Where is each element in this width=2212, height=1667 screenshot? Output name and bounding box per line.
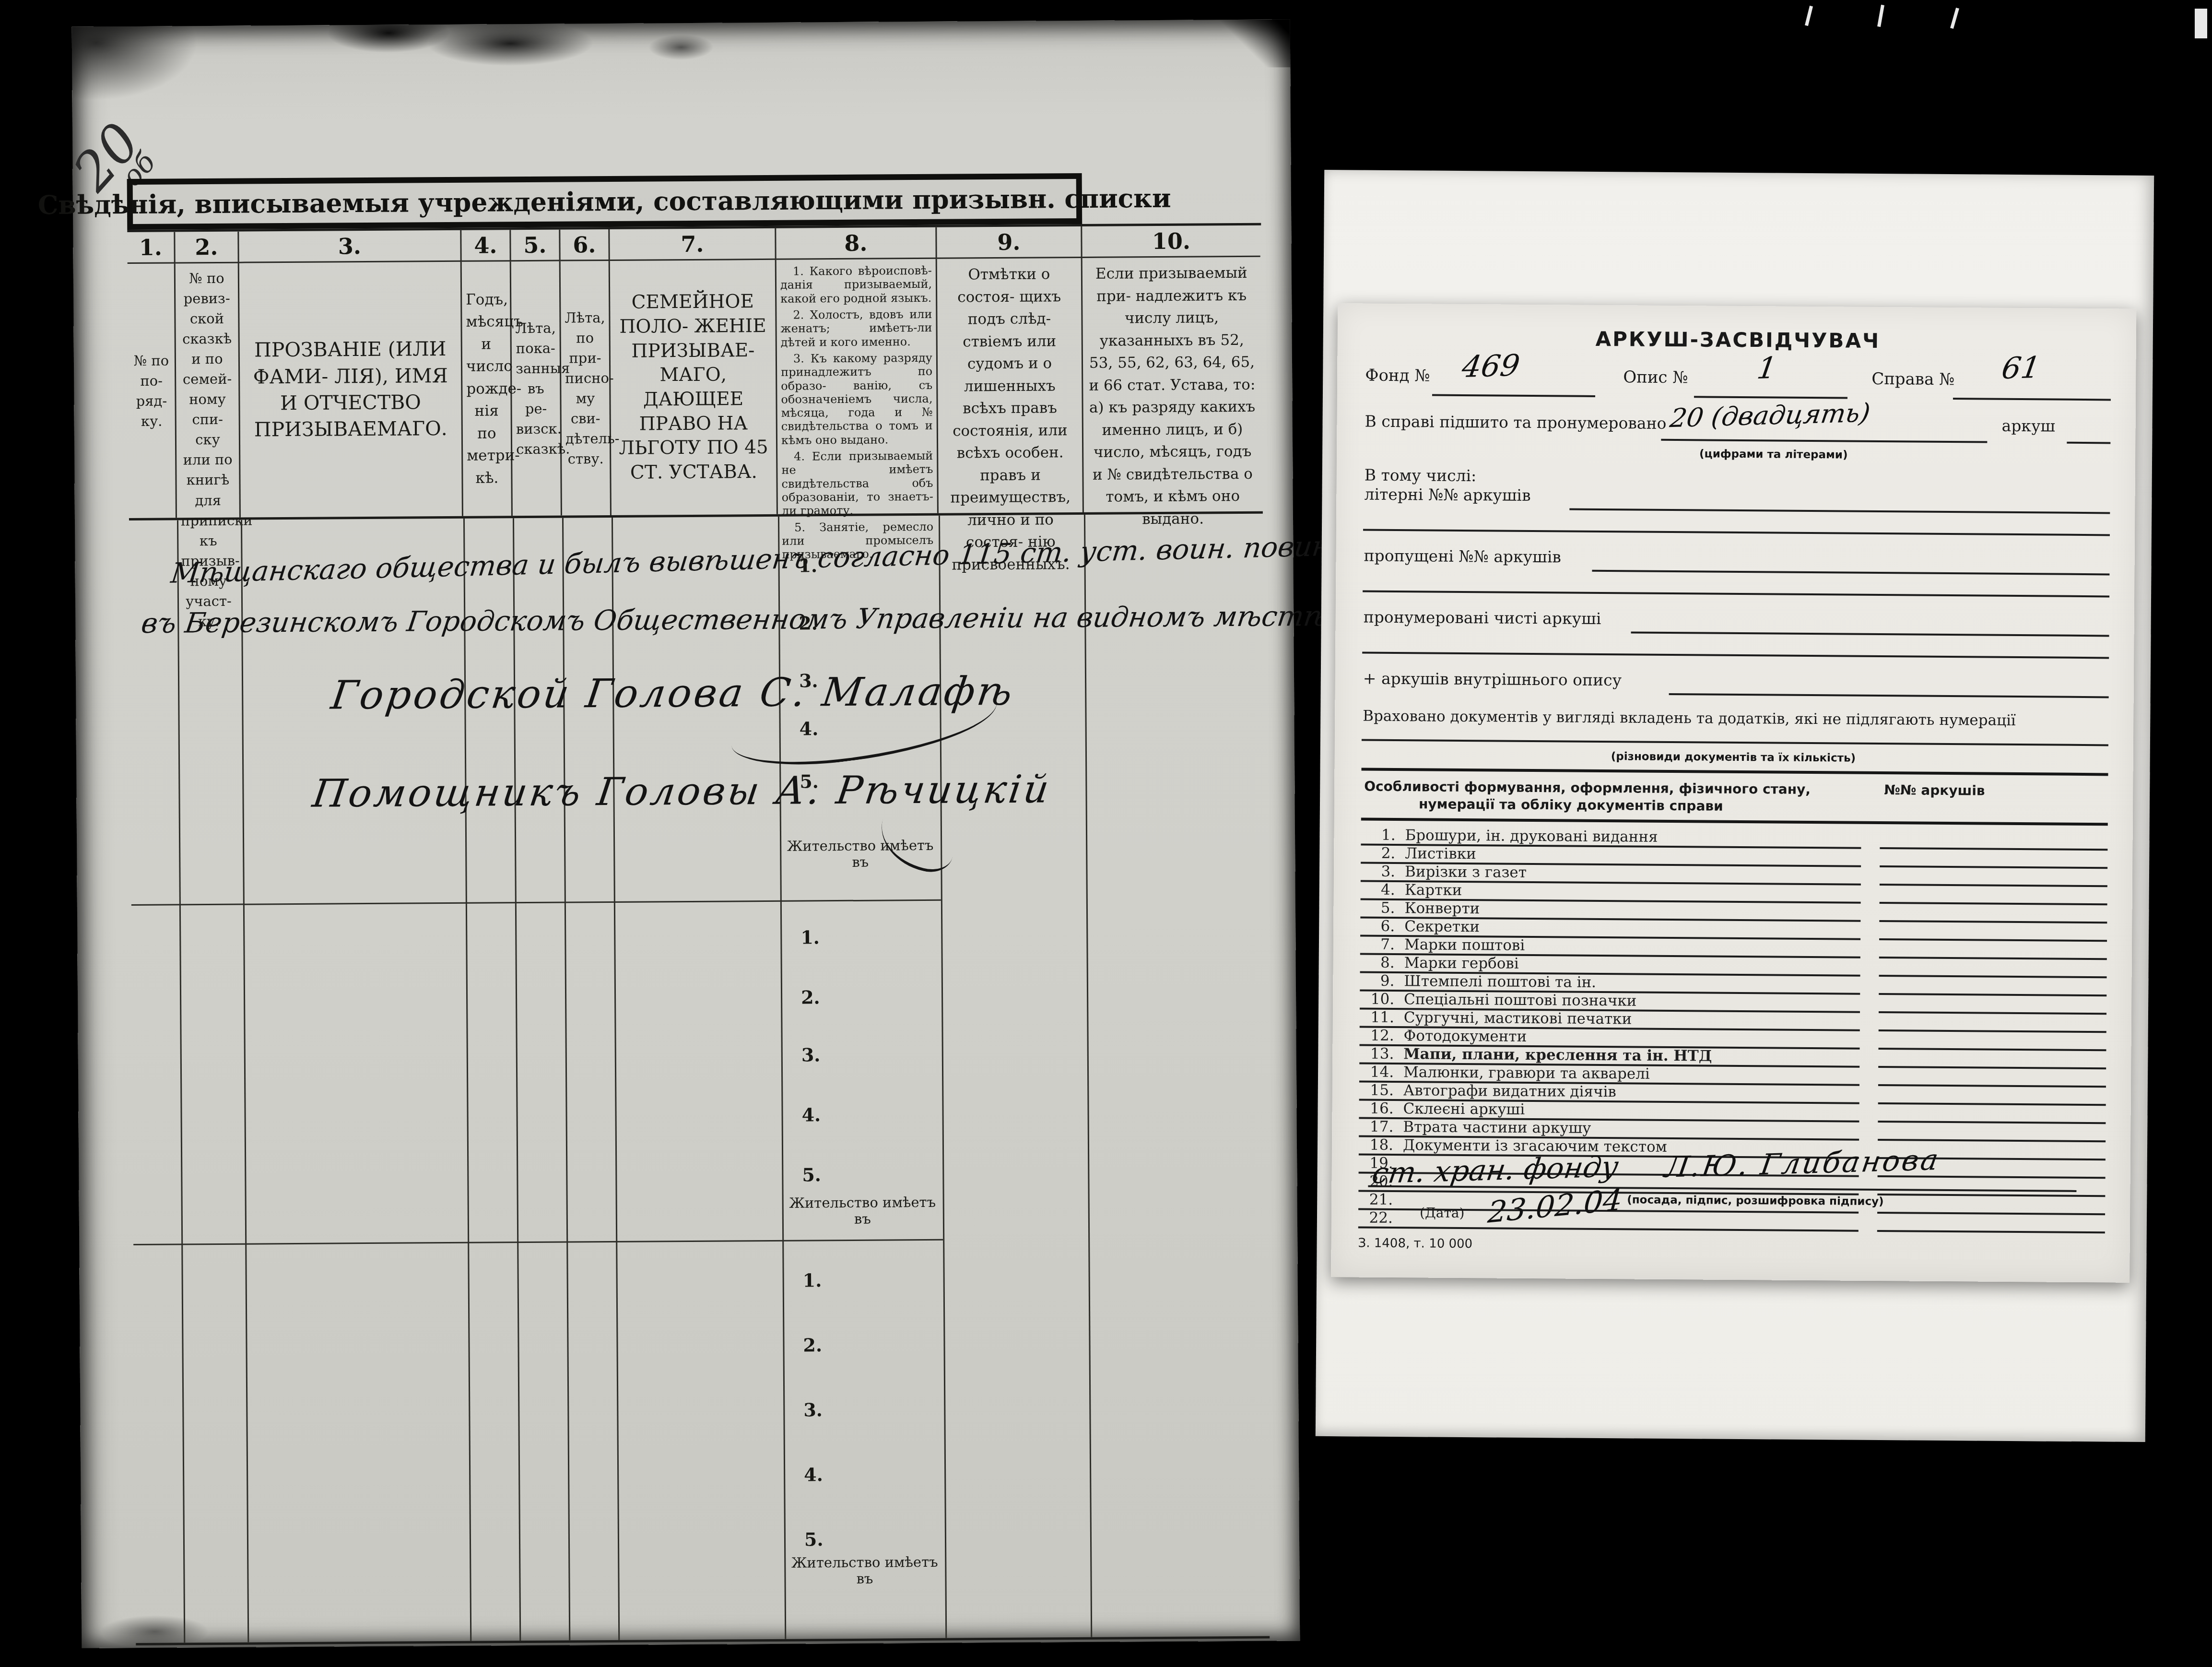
item-line: [1877, 1212, 2105, 1215]
item-line: [1879, 920, 2107, 923]
row-number: 2.: [799, 612, 818, 634]
item-label: Штемпелі поштові та ін.: [1404, 972, 1596, 991]
row-number: 1.: [803, 1269, 822, 1291]
item-number: 11.: [1364, 1009, 1394, 1026]
items-header-right: №№ аркушів: [1884, 782, 1985, 798]
item-number: 13.: [1363, 1045, 1394, 1063]
item-line: [1877, 1230, 2105, 1233]
item-line: [1878, 1139, 2106, 1142]
item-label: Фотодокументи: [1404, 1027, 1527, 1045]
item-line: [1879, 975, 2107, 978]
opys-value-handwritten: 1: [1755, 350, 1779, 386]
item-number: 2.: [1365, 845, 1395, 862]
numbered-label: В справі підшито та пронумеровано: [1365, 412, 1666, 433]
including-label: В тому числі:: [1365, 466, 1477, 485]
blank-numbered-line: [1631, 631, 2109, 637]
item-label: Малюнки, гравюри та акварелі: [1403, 1064, 1650, 1083]
numbered-note: (цифрами та літерами): [1699, 448, 1848, 461]
col8-item: 2. Холостъ, вдовъ или женатъ; имѣетъ-ли …: [780, 307, 932, 349]
row-number: 1.: [800, 926, 820, 948]
table-title-box: Свѣдѣнія, вписываемыя учрежденіями, сост…: [127, 173, 1082, 230]
row-number: 3.: [803, 1399, 823, 1420]
item-number: 14.: [1363, 1064, 1394, 1081]
numbered-suffix: аркуш: [2001, 416, 2055, 436]
item-line: [1879, 993, 2106, 996]
custodian-signature: Л.Ю. Глибанова: [1662, 1143, 1942, 1184]
col-number: 10.: [1082, 225, 1260, 258]
row-number: 1.: [798, 555, 817, 576]
counted-note: (різновиди документів та їх кількість): [1611, 750, 1856, 765]
item-row: 3.Вирізки з газет: [1361, 866, 2107, 887]
row-number: 4.: [804, 1464, 823, 1485]
lettered-line: [1569, 508, 2110, 514]
col-header-4: Годъ, мѣсяцъ и число рожде- нія по метри…: [462, 261, 513, 516]
row-number: 3.: [799, 670, 818, 691]
col-header-5: Лѣта, пока- занныя въ ре- визск. сказкѣ.: [511, 261, 562, 516]
row-number: 4.: [801, 1104, 821, 1125]
blank-line: [1362, 652, 2109, 659]
item-label: Склеєні аркуші: [1403, 1100, 1525, 1118]
column-line: [1084, 515, 1092, 1637]
item-label: Листівки: [1405, 845, 1476, 863]
table-rule: [1361, 768, 2108, 776]
col-header-7: СЕМЕЙНОЕ ПОЛО- ЖЕНІЕ ПРИЗЫВАЕ- МАГО, ДАЮ…: [610, 260, 778, 515]
handwritten-line-2: въ Березинскомъ Городскомъ Общественномъ…: [140, 600, 1348, 639]
blank-line: [1363, 591, 2109, 598]
item-label: Секретки: [1404, 918, 1480, 935]
fond-label: Фонд №: [1365, 366, 1430, 386]
conscription-table: Свѣдѣнія, вписываемыя учрежденіями, сост…: [127, 172, 1270, 1645]
col8-item: 1. Какого вѣроисповѣ- данія призываемый,…: [780, 264, 932, 306]
col-number: 5.: [511, 230, 560, 262]
column-line: [177, 520, 185, 1643]
item-label: Вирізки з газет: [1405, 863, 1527, 881]
film-scratch-icon: [1805, 6, 1813, 26]
item-number: 7.: [1364, 936, 1395, 953]
item-label: Картки: [1405, 881, 1462, 899]
col-number: 2.: [175, 232, 239, 264]
item-line: [1879, 1011, 2106, 1015]
table-body: Мѣщанскаго общества и былъ вывѣшенъ согл…: [129, 514, 1270, 1645]
numbered-line: [1661, 439, 1987, 443]
item-number: 8.: [1364, 954, 1395, 971]
col-number: 7.: [610, 228, 776, 261]
item-number: 22.: [1362, 1209, 1393, 1227]
item-line: [1877, 1194, 2105, 1197]
item-line: [1879, 1029, 2106, 1033]
item-number: 16.: [1363, 1100, 1393, 1117]
item-label: Автографи видатних діячів: [1403, 1082, 1616, 1100]
photo-of-archival-documents: 20 об Свѣдѣнія, вписываемыя учрежденіями…: [0, 0, 2212, 1667]
internal-inventory-line: [1669, 693, 2109, 698]
item-number: 3.: [1365, 863, 1395, 880]
print-order-note: З. 1408, т. 10 000: [1358, 1236, 1473, 1251]
item-line: [1880, 884, 2107, 887]
item-number: 12.: [1364, 1027, 1394, 1044]
counted-label: Враховано документів у вигляді вкладень …: [1363, 708, 2016, 730]
items-header-left-2: нумерації та обліку документів справи: [1419, 796, 1723, 814]
item-line: [1879, 957, 2107, 960]
row-separator: [131, 899, 941, 906]
item-line: [1879, 938, 2107, 942]
position-note: (посада, підпис, розшифровка підпису): [1627, 1194, 1884, 1208]
blank-numbered-label: пронумеровані чисті аркуші: [1364, 608, 1601, 628]
item-number: 18.: [1363, 1136, 1393, 1154]
table-header: 1. 2. 3. 4. 5. 6. 7. 8. 9. 10. № по по- …: [127, 223, 1263, 520]
col-number: 6.: [560, 229, 610, 261]
col8-item: 3. Къ какому разряду принадлежитъ по обр…: [781, 351, 933, 447]
col-header-10: Если призываемый при- надлежитъ къ числу…: [1082, 257, 1262, 512]
item-label: Марки поштові: [1404, 936, 1525, 954]
column-line: [241, 520, 249, 1643]
col-number: 4.: [461, 230, 511, 262]
item-line: [1880, 865, 2107, 869]
item-line: [1880, 902, 2107, 905]
item-number: 9.: [1364, 972, 1394, 990]
item-number: 15.: [1363, 1082, 1394, 1099]
item-line: [1878, 1066, 2106, 1069]
row-number: 5.: [804, 1528, 824, 1550]
custodian-handwritten: ст. хран. фонду: [1370, 1150, 1621, 1190]
lettered-label: літерні №№ аркушів: [1364, 485, 1530, 505]
col-number: 9.: [937, 226, 1082, 259]
item-number: 21.: [1362, 1191, 1393, 1208]
item-label: Брошури, ін. друковані видання: [1405, 827, 1658, 846]
missed-line: [1592, 570, 2109, 576]
residence-label: Жительство имѣетъ въ: [780, 837, 941, 871]
col-header-3: ПРОЗВАНІЕ (ИЛИ ФАМИ- ЛІЯ), ИМЯ И ОТЧЕСТВ…: [239, 262, 463, 518]
right-document-stack: АРКУШ-ЗАСВІДЧУВАЧ Фонд № 469 Опис № 1 Сп…: [1310, 170, 2167, 1442]
residence-label: Жительство имѣетъ въ: [782, 1194, 943, 1228]
date-label: (Дата): [1420, 1205, 1465, 1221]
film-notch-icon: [2195, 9, 2207, 38]
row-number: 5.: [800, 770, 819, 792]
row-separator: [133, 1239, 943, 1245]
internal-inventory-label: + аркушів внутрішнього опису: [1363, 669, 1622, 690]
col-header-8: 1. Какого вѣроисповѣ- данія призываемый,…: [777, 259, 939, 514]
item-row: 22.: [1358, 1212, 2105, 1233]
row-number: 4.: [800, 718, 819, 739]
item-label: Сургучні, мастикові печатки: [1404, 1009, 1632, 1028]
col-header-6: Лѣта, по при- писно- му сви- дѣтель- ств…: [561, 261, 612, 516]
item-label: Марки гербові: [1404, 954, 1519, 972]
item-number: 10.: [1364, 991, 1394, 1008]
missed-label: пропущені №№ аркушів: [1364, 546, 1561, 567]
film-scratch-icon: [1877, 5, 1884, 27]
torn-corner: [1218, 19, 1291, 68]
item-number: 6.: [1364, 918, 1395, 935]
row-number: 3.: [801, 1044, 821, 1065]
items-header-left-1: Особливості формування, оформлення, фізи…: [1364, 779, 1811, 797]
handwritten-line-1: Мѣщанскаго общества и былъ вывѣшенъ согл…: [169, 529, 1341, 589]
col-number: 1.: [127, 232, 175, 264]
fond-value-handwritten: 469: [1460, 348, 1522, 384]
certification-sheet: АРКУШ-ЗАСВІДЧУВАЧ Фонд № 469 Опис № 1 Сп…: [1331, 303, 2136, 1283]
fond-line: [1432, 394, 1595, 397]
row-number: 2.: [801, 986, 820, 1008]
left-document-sheet: 20 об Свѣдѣнія, вписываемыя учрежденіями…: [72, 19, 1300, 1648]
item-number: 4.: [1365, 881, 1395, 899]
item-number: 17.: [1363, 1118, 1393, 1135]
handwritten-signature-2: Помощникъ Головы А. Рѣчицкій: [310, 767, 1054, 816]
col-header-9: Отмѣтки о состоя- щихъ подъ слѣд- ствіем…: [937, 258, 1084, 513]
item-line: [1878, 1084, 2106, 1088]
item-line: [1879, 1048, 2106, 1051]
opys-label: Опис №: [1623, 367, 1688, 387]
film-scratch-icon: [1950, 8, 1959, 29]
col-number: 3.: [239, 230, 461, 263]
row-number: 5.: [802, 1164, 821, 1185]
blank-line: [1363, 529, 2110, 536]
residence-label: Жительство имѣетъ въ: [784, 1554, 945, 1587]
row-number: 2.: [803, 1334, 822, 1356]
sprava-label: Справа №: [1871, 369, 1954, 389]
item-line: [1358, 1226, 1859, 1231]
numbered-value-handwritten: 20 (двадцять): [1668, 398, 1872, 433]
col-header-1: № по по- ряд- ку.: [128, 263, 177, 518]
item-number: 1.: [1365, 827, 1395, 844]
col-header-2: № по ревиз- ской сказкѣ и по семей- ному…: [176, 263, 241, 518]
col8-item: 4. Если призываемый не имѣетъ свидѣтельс…: [781, 449, 933, 518]
sprava-line: [1953, 398, 2111, 401]
item-line: [1880, 847, 2107, 851]
item-label: Конверти: [1404, 899, 1480, 917]
item-label: Спеціальні поштові позначки: [1404, 991, 1636, 1009]
table-title: Свѣдѣнія, вписываемыя учрежденіями, сост…: [38, 183, 1171, 220]
blank-line: [1362, 739, 2108, 746]
item-number: 5.: [1364, 899, 1395, 917]
item-line: [1878, 1121, 2106, 1124]
item-label: Мапи, плани, креслення та ін. НТД: [1403, 1045, 1712, 1064]
col-number: 8.: [776, 227, 937, 260]
table-rule: [1361, 818, 2108, 826]
numbered-line-2: [2067, 442, 2110, 444]
item-line: [1878, 1102, 2106, 1106]
sprava-value-handwritten: 61: [2000, 350, 2043, 386]
item-label: Втрата частини аркушу: [1403, 1118, 1591, 1137]
